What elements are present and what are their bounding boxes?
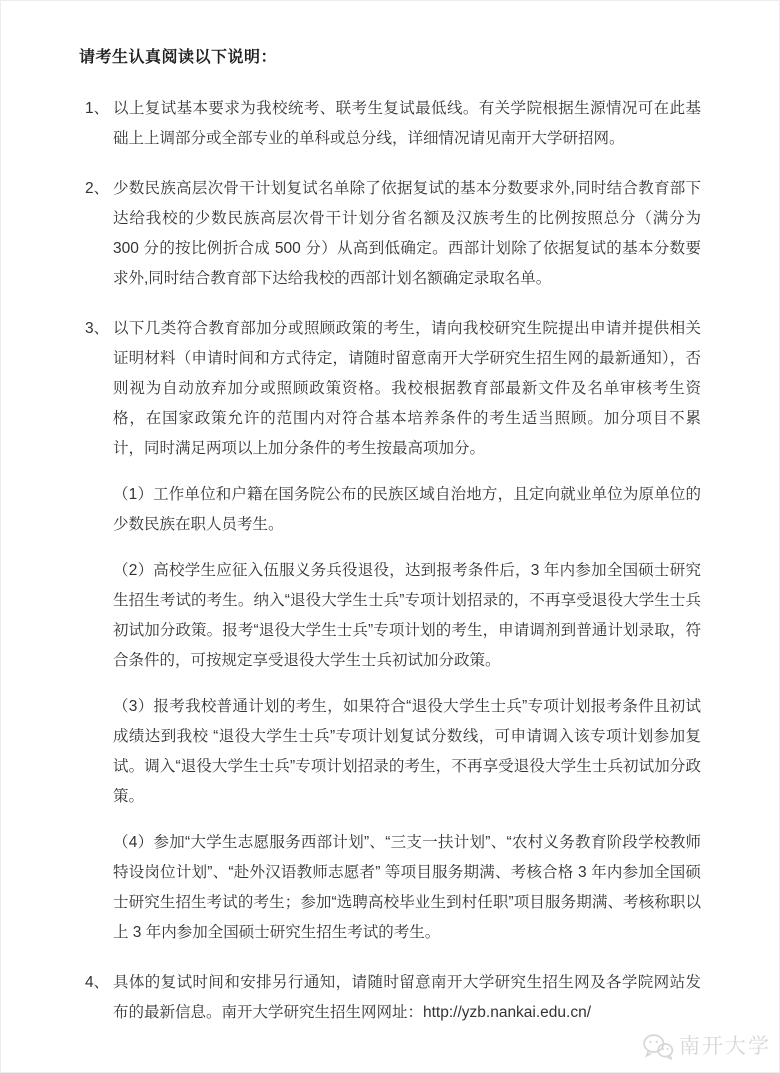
list-item-1-number: 1、 xyxy=(85,94,109,124)
list-item-3: 3、 以下几类符合教育部加分或照顾政策的考生，请向我校研究生院提出申请并提供相关… xyxy=(79,314,701,948)
page-title: 请考生认真阅读以下说明： xyxy=(79,43,701,73)
list-item-3-number: 3、 xyxy=(85,314,109,344)
wechat-watermark: 南开大学 xyxy=(642,1033,771,1060)
list-item-3-sub-4: （4）参加“大学生志愿服务西部计划”、“三支一扶计划”、“农村义务教育阶段学校教… xyxy=(113,828,701,948)
list-item-1-text: 以上复试基本要求为我校统考、联考生复试最低线。有关学院根据生源情况可在此基础上上… xyxy=(113,100,701,147)
wechat-icon xyxy=(642,1033,674,1060)
list-item-4-number: 4、 xyxy=(85,968,109,998)
list-item-2-number: 2、 xyxy=(85,174,109,204)
list-item-3-text: 以下几类符合教育部加分或照顾政策的考生，请向我校研究生院提出申请并提供相关证明材… xyxy=(113,320,701,457)
list-item-1: 1、 以上复试基本要求为我校统考、联考生复试最低线。有关学院根据生源情况可在此基… xyxy=(79,94,701,154)
list-item-4: 4、 具体的复试时间和安排另行通知，请随时留意南开大学研究生招生网及各学院网站发… xyxy=(79,968,701,1028)
list-item-3-sub-3: （3）报考我校普通计划的考生，如果符合“退役大学生士兵”专项计划报考条件且初试成… xyxy=(113,692,701,812)
watermark-label: 南开大学 xyxy=(679,1036,771,1057)
list-item-3-sub-2: （2）高校学生应征入伍服义务兵役退役，达到报考条件后，3 年内参加全国硕士研究生… xyxy=(113,556,701,676)
document-page: 请考生认真阅读以下说明： 1、 以上复试基本要求为我校统考、联考生复试最低线。有… xyxy=(0,0,780,1073)
list-item-4-text: 具体的复试时间和安排另行通知，请随时留意南开大学研究生招生网及各学院网站发布的最… xyxy=(113,974,701,1021)
list-item-2-text: 少数民族高层次骨干计划复试名单除了依据复试的基本分数要求外,同时结合教育部下达给… xyxy=(113,180,701,287)
list-item-3-sub-1: （1）工作单位和户籍在国务院公布的民族区域自治地方，且定向就业单位为原单位的少数… xyxy=(113,480,701,540)
list-item-2: 2、 少数民族高层次骨干计划复试名单除了依据复试的基本分数要求外,同时结合教育部… xyxy=(79,174,701,294)
